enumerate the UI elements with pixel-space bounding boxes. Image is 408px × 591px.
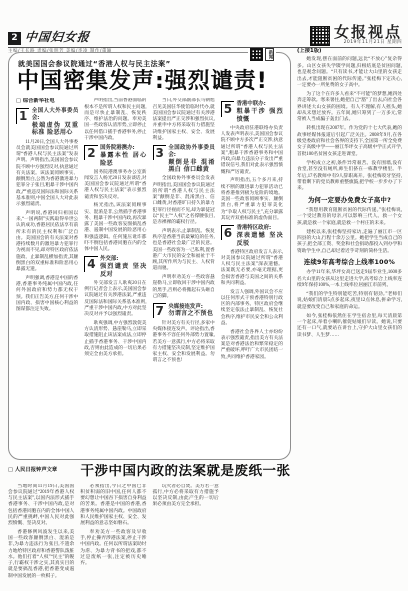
- main-headline: 中国密集发声:强烈谴责!: [17, 70, 283, 93]
- byline: □ 综合新华社电: [16, 98, 78, 105]
- continuation-column: (上接1版) 她发现,摆在面前的问题,远比“不放心”复杂得多。山区女孩失学辍学问…: [297, 48, 402, 587]
- paragraph: 香港修例风波发生以来,美国一些政客颠倒黑白、混淆是非,为暴力违法行为张目,不遗余…: [8, 530, 74, 580]
- news-stamp-label: 新闻: [265, 48, 274, 61]
- crosshead-1: 为何一定要办免费女子高中?: [297, 197, 402, 205]
- section-slogan: 极端虚伪 双重标准 险恶用心: [32, 122, 78, 137]
- section-number: 2: [84, 145, 97, 160]
- section-slogan: 勿谓言之不预也: [168, 310, 213, 318]
- section-number: 4: [84, 256, 97, 271]
- section-org: 香港特区政府:: [237, 225, 283, 232]
- section-number: 3: [153, 145, 166, 160]
- section-slogan: 颠倒是非 混淆黑白 信口雌黄: [168, 159, 214, 174]
- paragraph: 杨光指出,该法案罔顾事实、混淆是非,公然插手香港事务、粗暴干涉中国内政,再次暴露…: [84, 203, 146, 253]
- section-slogan: 强烈谴责 坚决反对: [100, 263, 146, 278]
- paragraph: 声明指出,五个多月来,持续不断的激进暴力犯罪活动已将香港推到极为危险的境地。美国…: [221, 178, 283, 222]
- section-number: 7: [153, 303, 166, 318]
- section-body: 11月20日,全国人大外事委员会就美国国会参议院通过所谓“香港人权与民主法案”发…: [16, 140, 78, 314]
- paragraph: 奉劝美方一些政客及早收手,停止操弄涉港法案,停止干涉中国内政。任何以所谓法案助纣…: [80, 530, 146, 568]
- bottom-headline: 干涉中国内政的法案就是废纸一张: [80, 464, 291, 480]
- section-header-1: 1 全国人大外事委员会: 极端虚伪 双重标准 险恶用心: [16, 108, 78, 137]
- section-header-4: 4 外交部: 强烈谴责 坚决反对: [84, 256, 146, 278]
- paragraph: 当日,外交部副部长马朝旭召见美国驻华使馆临时代办,就美国国会参议院通过有关涉港法…: [153, 98, 215, 142]
- column-1: □ 综合新华社电 1 全国人大外事委员会: 极端虚伪 双重标准 险恶用心 11月…: [16, 98, 78, 444]
- column-2: 声明指出,当前香港面临的根本不是所谓人权和民主问题,而是尽快止暴制乱、恢复秩序、…: [84, 98, 146, 444]
- paragraph: 声明指出,当前香港面临的根本不是所谓人权和民主问题,而是尽快止暴制乱、恢复秩序、…: [84, 98, 146, 142]
- paragraph: 全国政协外事委员会发表声明指出,美国国会参议院通过的所谓“香港人权与民主法案”颠…: [153, 176, 215, 226]
- continuation-body: 办学11年来,华坪女高已送走9届毕业生,1600多名大山里的女孩从这里走进大学,…: [297, 270, 402, 339]
- section-org: 国务院港澳办:: [100, 145, 146, 152]
- paragraph: 声明说,香港回归祖国以来,“一国两制”实践取得举世公认的成功,香港居民依法享有前…: [16, 211, 78, 274]
- date-line: 2019年11月21日 星期四: [344, 40, 402, 46]
- section-slogan: 深表遗憾 坚决反驳: [237, 232, 283, 247]
- paragraph: 玩火者必自焚。美方若一意孤行,中方必将采取有力措施予以坚决反制,由此产生的一切后…: [153, 484, 219, 509]
- paragraph: 11月20日,全国人大外事委员会就美国国会参议院通过所谓“香港人权与民主法案”发…: [16, 140, 78, 209]
- continuation-body: “我想用教育阻断贫困的代际传递。”张桂梅说,一个受过教育的母亲,可以影响三代人。…: [297, 208, 402, 255]
- continuation-body: 她发现,摆在面前的问题,远比“不放心”复杂得多。山区女孩失学辍学问题,归根结底是…: [297, 57, 402, 192]
- paragraph: 针对美方有关行径,多家中央媒体接连发声。评论指出,香港事务不容任何外部势力置喙,…: [153, 321, 215, 365]
- section-header-group: 女报视点 2019年11月21日 星期四: [310, 25, 402, 46]
- qr-code-icon: [250, 48, 263, 61]
- paragraph: “我想用教育阻断贫困的代际传递。”张桂梅说,一个受过教育的母亲,可以影响三代人。…: [297, 208, 402, 227]
- paragraph: 中央政府驻港联络办负责人发表声明表示,美国国会参议院不顾中方多次严正交涉,执意通…: [221, 126, 283, 176]
- section-header-5: 5 香港中联办: 粗暴干涉 强烈愤慨: [221, 101, 283, 123]
- section-header-2: 2 国务院港澳办: 暴露本性 居心险恶: [84, 145, 146, 167]
- section-body: 香港特区政府发言人表示,对美国参议院通过所谓“香港人权与民主法案”深表遗憾。法案…: [221, 250, 283, 328]
- paragraph: 声明表示,止暴制乱、恢复秩序是香港当前最紧迫的任务,也是香港社会最广泛的民意。美…: [153, 229, 215, 273]
- section-header-3: 3 全国政协外事委员会: 颠倒是非 混淆黑白 信口雌黄: [153, 145, 215, 174]
- bottom-article: □ 人民日报钟声文章 干涉中国内政的法案就是废纸一张 当地时间11月19日,美国…: [8, 464, 291, 587]
- page-number-badge: 2: [8, 32, 21, 45]
- paragraph: 香港社会各界人士亦纷纷表示强烈谴责,指出美方有关法案是对香港法治和繁荣稳定的严重…: [221, 330, 283, 361]
- paragraph: 声明强调,香港是中国的香港,香港事务纯属中国内政,任何外国政府和势力都无权干预。…: [16, 276, 78, 314]
- paragraph: 她发现,摆在面前的问题,远比“不放心”复杂得多。山区女孩失学辍学问题,归根结底是…: [297, 57, 402, 89]
- paragraph: 如今,张桂梅依然住在学生宿舍里,每天清晨第一个起床,举着小喇叭催促姑娘们早读。她…: [297, 314, 402, 340]
- section-slogan: 粗暴干涉 强烈愤慨: [237, 108, 283, 123]
- column-4: 5 香港中联办: 粗暴干涉 强烈愤慨 中央政府驻港联络办负责人发表声明表示,美国…: [221, 98, 283, 444]
- continued-from-label: (上接1版): [297, 48, 402, 55]
- section-header-7: 7 央媒接连发声: 勿谓言之不预也: [153, 303, 215, 318]
- section-body: 中央政府驻港联络办负责人发表声明表示,美国国会参议院不顾中方多次严正交涉,执意通…: [221, 126, 283, 222]
- paragraph: 声明奉劝美方一些政客悬崖勒马,立即收回干涉中国内政的黑手,否则必将搬起石头砸自己…: [153, 275, 215, 300]
- section-org: 全国人大外事委员会:: [32, 108, 78, 122]
- section-number: 6: [221, 225, 234, 240]
- masthead-group: 2 中国妇女报: [8, 28, 90, 45]
- paragraph: 当地时间11月19日,美国国会参议院通过“2019年香港人权与民主法案”,以国内…: [8, 484, 74, 528]
- kicker: 就美国国会参议院通过“香港人权与民主法案”: [18, 60, 283, 68]
- paragraph: “我们的学生特别能吃苦,特别有韧劲。”老师们说,姑娘们清晨5点多起床,夜里12点…: [297, 292, 402, 311]
- paragraph: 外交部发言人耿爽20日在例行记者会上表示,美国国会参议院通过有关涉港法案,严重违…: [84, 281, 146, 319]
- page-header: 2 中国妇女报 主编/王长路 责编/张明芳 美编/李凌 制作/董颖 女报视点 2…: [8, 15, 402, 48]
- main-article-box: 新闻 就美国国会参议院通过“香港人权与民主法案” 中国密集发声:强烈谴责! □ …: [8, 52, 291, 460]
- section-slogan: 暴露本性 居心险恶: [100, 152, 146, 167]
- section-title: 女报视点: [334, 25, 402, 40]
- section-org: 全国政协外事委员会:: [168, 145, 214, 159]
- paragraph: 耿爽强调,中方强烈敦促美方认清形势、悬崖勒马,立即采取措施阻止该法案成法,立即停…: [84, 321, 146, 359]
- qr-code-icon: [310, 26, 330, 46]
- section-body: 针对美方有关行径,多家中央媒体接连发声。评论指出,香港事务不容任何外部势力置喙,…: [153, 321, 215, 365]
- bottom-byline: □ 人民日报钟声文章: [8, 464, 80, 474]
- newspaper-page: 2 中国妇女报 主编/王长路 责编/张明芳 美编/李凌 制作/董颖 女报视点 2…: [0, 0, 408, 591]
- crosshead-2: 连续9年高考综合上线率100%: [297, 259, 402, 267]
- paragraph: 香港特区政府发言人表示,对美国参议院通过所谓“香港人权与民主法案”深表遗憾。法案…: [221, 250, 283, 288]
- column-3: 当日,外交部副部长马朝旭召见美国驻华使馆临时代办,就美国国会参议院通过有关涉港法…: [153, 98, 215, 444]
- paragraph: 国务院港澳事务办公室新闻发言人杨光20日发表谈话,对美国国会参议院通过所谓“香港…: [84, 170, 146, 201]
- section-header-6: 6 香港特区政府: 深表遗憾 坚决反驳: [221, 225, 283, 247]
- section-body: 声明指出,当前香港面临的根本不是所谓人权和民主问题,而是尽快止暴制乱、恢复秩序、…: [84, 98, 146, 142]
- section-body: 国务院港澳事务办公室新闻发言人杨光20日发表谈话,对美国国会参议院通过所谓“香港…: [84, 170, 146, 254]
- section-number: 1: [16, 108, 29, 123]
- news-stamp: 新闻: [248, 48, 276, 61]
- section-number: 5: [221, 101, 234, 116]
- paragraph: 学校成立之初,条件异常艰苦。没有围墙,没有食堂,甚至没有厕所,师生们挤在一栋教学…: [297, 161, 402, 193]
- section-body: 全国政协外事委员会发表声明指出,美国国会参议院通过的所谓“香港人权与民主法案”颠…: [153, 176, 215, 300]
- section-body: 外交部发言人耿爽20日在例行记者会上表示,美国国会参议院通过有关涉港法案,严重违…: [84, 281, 146, 359]
- section-body: 当日,外交部副部长马朝旭召见美国驻华使馆临时代办,就美国国会参议院通过有关涉港法…: [153, 98, 215, 142]
- main-article-columns: □ 综合新华社电 1 全国人大外事委员会: 极端虚伪 双重标准 险恶用心 11月…: [16, 98, 283, 444]
- paragraph: 建校以来,张桂梅坚持家访,走遍了丽江市一区四县的大山,行程十余万公里。她把学生当…: [297, 230, 402, 256]
- section-body: 香港社会各界人士亦纷纷表示强烈谴责,指出美方有关法案是对香港法治和繁荣稳定的严重…: [221, 330, 283, 361]
- bottom-article-body: 当地时间11月19日,美国国会参议院通过“2019年香港人权与民主法案”,以国内…: [8, 484, 291, 581]
- paragraph: 办学11年来,华坪女高已送走9届毕业生,1600多名大山里的女孩从这里走进大学,…: [297, 270, 402, 289]
- paragraph: 为了这个在许多人看来“不可能”的梦想,她四处奔走筹款。寒来暑往,她把自己“豁”了…: [297, 92, 402, 124]
- paragraph: 转机出现在2007年。作为党的十七大代表,她的故事经媒体报道后引起广泛关注。20…: [297, 126, 402, 158]
- masthead-title: 中国妇女报: [24, 28, 91, 45]
- paragraph: 发言人强调,外国议会不应以任何形式干预香港特别行政区的内部事务。特区政府会继续坚…: [221, 290, 283, 328]
- paragraph: 必须指出,今日之中国已非积贫积弱的旧中国,任何人都不要幻想让中国吞下损害自身利益…: [80, 484, 146, 528]
